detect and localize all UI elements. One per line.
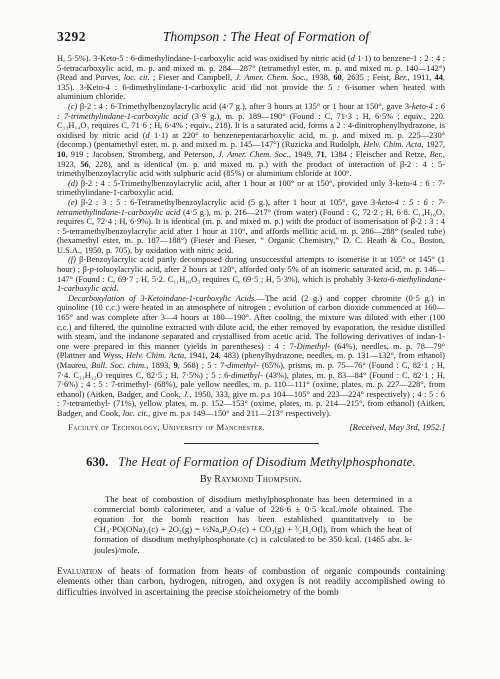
experimental-paragraph: (f) β-Benzoylacrylic acid partly decompo… [57,255,445,293]
intro-paragraph: Evaluation of heats of formation from he… [57,567,445,599]
article-signoff: Faculty of Technology, University of Man… [57,422,445,432]
experimental-paragraph: (c) β-2 : 4 : 6-Trimethylbenzoylacrylic … [57,102,445,179]
byline-author: Raymond Thompson. [214,474,302,485]
intro-lead-word: Evaluation [57,567,102,577]
experimental-paragraph: Decarboxylation of 3-Ketoindane-1-carbox… [57,294,445,419]
received-note: [Received, May 3rd, 1952.] [349,422,445,432]
intro-text: of heats of formation from heats of comb… [57,567,445,598]
article-abstract: The heat of combustion of disodium methy… [94,494,412,555]
article-title: The Heat of Formation of Disodium Methyl… [118,455,416,469]
byline-prefix: By [200,474,214,485]
article-heading: 630.The Heat of Formation of Disodium Me… [57,455,445,469]
experimental-paragraph: (d) β-2 : 4 : 5-Trimethylbenzoylacrylic … [57,179,445,198]
page-number: 3292 [57,29,86,45]
experimental-paragraph: (e) β-2 : 3 : 5 : 6-Tetramethylbenzoylac… [57,198,445,256]
experimental-paragraph: H, 5·5%). 3-Keto-5 : 6-dimethylindane-1-… [57,54,445,102]
experimental-section: H, 5·5%). 3-Keto-5 : 6-dimethylindane-1-… [57,54,445,419]
section-divider [184,443,319,444]
article-number: 630. [86,455,108,469]
article-byline: By Raymond Thompson. [57,474,445,485]
journal-page: 3292 Thompson : The Heat of Formation of… [0,0,500,679]
affiliation: Faculty of Technology, University of Man… [57,422,265,432]
running-title: Thompson : The Heat of Formation of [87,29,445,45]
page-header: 3292 Thompson : The Heat of Formation of [57,29,445,46]
page-content: 3292 Thompson : The Heat of Formation of… [57,29,445,608]
